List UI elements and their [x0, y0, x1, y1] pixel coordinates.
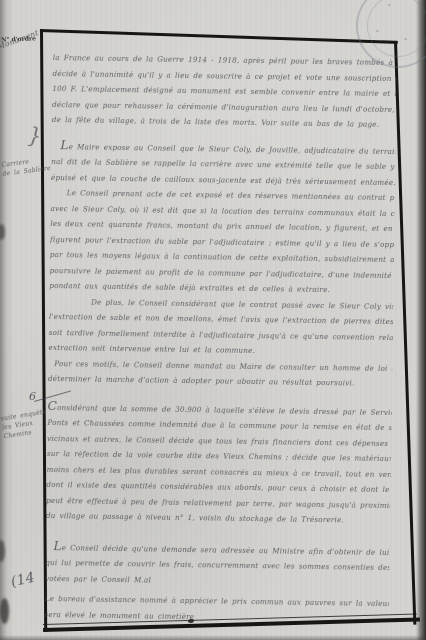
paragraph: la France au cours de la Guerre 1914 - 1…: [52, 50, 397, 133]
paragraph: Le Conseil décide qu'une demande sera ad…: [45, 538, 390, 591]
paragraph: De plus, le Conseil considérant que le c…: [48, 293, 393, 360]
paragraph: Pour ces motifs, le Conseil donne mandat…: [48, 355, 392, 391]
edge-stain: [0, 598, 9, 624]
stamp-speck: [404, 38, 407, 40]
paragraph: Le Conseil prenant acte de cet exposé et…: [49, 185, 395, 299]
frame-rule-right: [394, 41, 416, 625]
margin-bottom-numbering: (14: [10, 570, 37, 591]
scanned-register-page: N° d'ordre Monument } Carrière de la Sab…: [0, 0, 426, 640]
stamp-speck: [388, 4, 391, 6]
frame-rule-top: [40, 29, 398, 44]
margin-brace-mark: }: [27, 123, 43, 148]
stamp-inner-ring: [367, 0, 426, 57]
paragraph: Le bureau d'assistance nommé à apprécier…: [44, 591, 388, 627]
paragraph: Considérant que la somme de 30.900 à laq…: [46, 398, 392, 528]
page-bottom-edge-shadow: [0, 635, 426, 640]
manuscript-text: la France au cours de la Guerre 1914 - 1…: [44, 44, 397, 627]
paragraph: Le Maire expose au Conseil que le Sieur …: [51, 137, 396, 190]
stamp-speck: [376, 30, 379, 32]
